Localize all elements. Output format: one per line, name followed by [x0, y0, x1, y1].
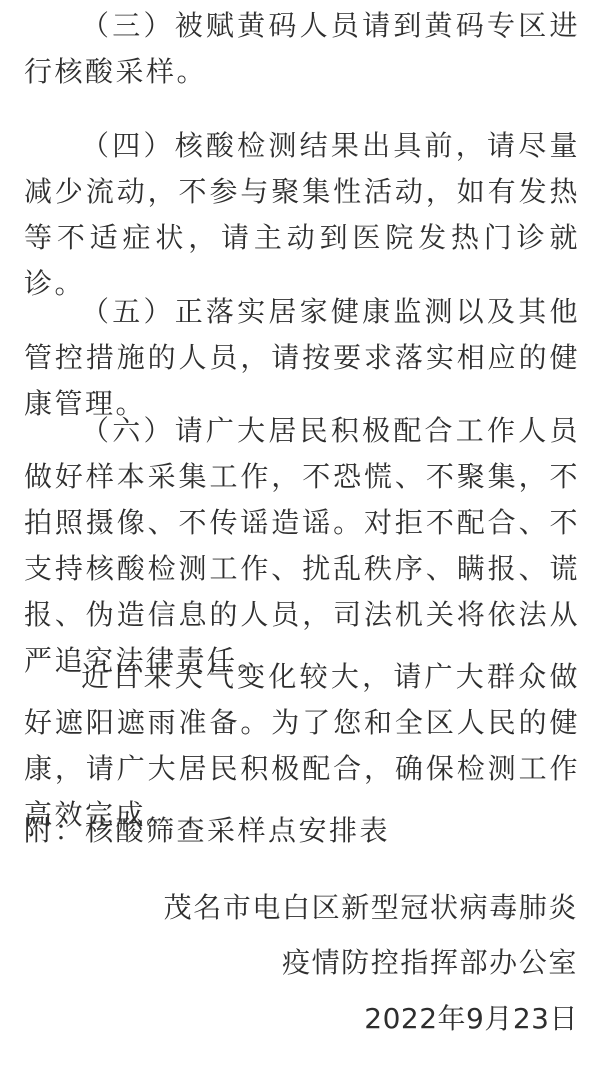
- paragraph-item-6: （六）请广大居民积极配合工作人员做好样本采集工作，不恐慌、不聚集，不拍照摄像、不…: [24, 408, 580, 684]
- attachment-note: 附：核酸筛查采样点安排表: [24, 808, 580, 854]
- signature-date: 2022年9月23日: [364, 996, 578, 1042]
- notice-document: （三）被赋黄码人员请到黄码专区进行核酸采样。 （四）核酸检测结果出具前，请尽量减…: [0, 0, 600, 1088]
- paragraph-item-5: （五）正落实居家健康监测以及其他管控措施的人员，请按要求落实相应的健康管理。: [24, 289, 580, 427]
- paragraph-item-4: （四）核酸检测结果出具前，请尽量减少流动，不参与聚集性活动，如有发热等不适症状，…: [24, 123, 580, 307]
- paragraph-item-3: （三）被赋黄码人员请到黄码专区进行核酸采样。: [24, 3, 580, 95]
- signature-organization-line1: 茂名市电白区新型冠状病毒肺炎: [164, 885, 578, 931]
- signature-organization-line2: 疫情防控指挥部办公室: [282, 940, 578, 986]
